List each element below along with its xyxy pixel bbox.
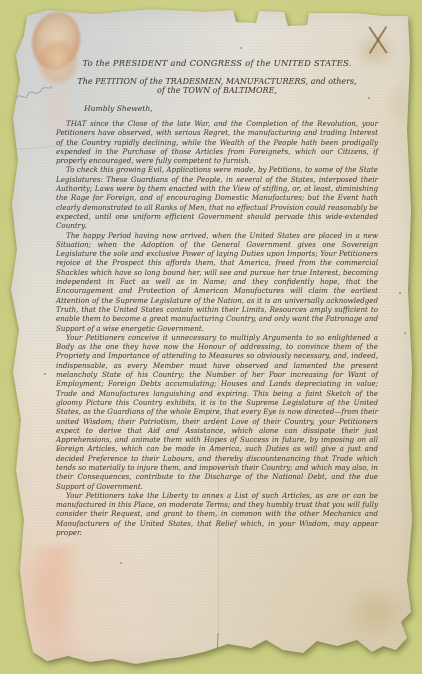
tan-blotch-bottom-right <box>344 584 410 642</box>
foxing-speck <box>240 47 242 49</box>
petition-title-line-2: of the TOWN of BALTIMORE, <box>56 86 378 95</box>
petition-title-line-1: The PETITION of the TRADESMEN, MANUFACTU… <box>56 77 378 86</box>
salutation: Humbly Sheweth, <box>84 104 378 113</box>
petition-paragraph: The happy Period having now arrived, whe… <box>56 231 378 333</box>
document-text: To the PRESIDENT and CONGRESS of the UNI… <box>56 58 378 537</box>
petition-paragraph: Your Petitioners take the Liberty to ann… <box>56 491 378 537</box>
petition-paragraph: To check this growing Evil, Applications… <box>56 165 378 230</box>
paper-texture <box>0 0 422 674</box>
foxing-speck <box>368 97 370 99</box>
x-mark-stain <box>366 24 390 56</box>
tan-blotch-right-edge <box>384 82 414 126</box>
rust-ring-stain-secondary <box>38 40 78 84</box>
foxing-speck <box>404 332 406 334</box>
petition-paper: To the PRESIDENT and CONGRESS of the UNI… <box>0 0 422 674</box>
foxing-speck <box>44 373 46 375</box>
pencil-inscription <box>0 78 59 118</box>
pink-streak-stain <box>24 546 80 660</box>
fold-line <box>218 360 219 635</box>
handwriting-squiggle-icon <box>0 78 59 118</box>
foxing-speck <box>399 292 401 294</box>
petition-paragraph: THAT since the Close of the late War, an… <box>56 119 378 165</box>
petition-paragraph: Your Petitioners conceive it unnecessary… <box>56 333 378 491</box>
crease-line <box>6 130 235 151</box>
foxing-speck <box>282 148 284 150</box>
foxing-speck <box>120 562 122 564</box>
rust-smear-stain <box>40 72 74 146</box>
paper-wrap: To the PRESIDENT and CONGRESS of the UNI… <box>0 0 422 674</box>
rust-ring-stain <box>26 8 85 75</box>
mat-background: To the PRESIDENT and CONGRESS of the UNI… <box>0 0 422 674</box>
address-line: To the PRESIDENT and CONGRESS of the UNI… <box>56 58 378 68</box>
tear-crack-line <box>216 633 218 657</box>
foxing-speck <box>58 449 60 451</box>
tan-blotch-top-right <box>352 30 398 70</box>
